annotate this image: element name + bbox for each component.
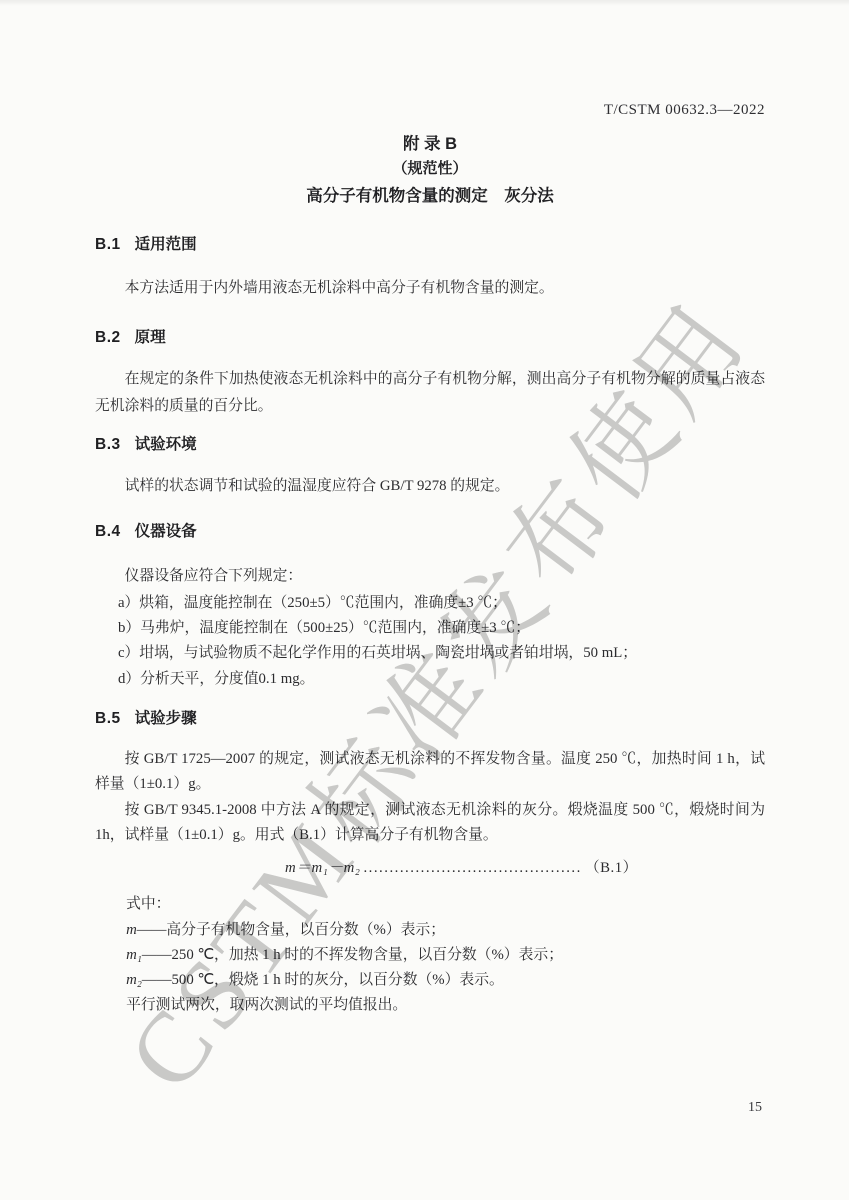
symbol-m1: m₁ — [126, 947, 142, 963]
formula-expression: m＝m₁－m₂ — [285, 860, 360, 876]
list-item-c: c）坩埚，与试验物质不起化学作用的石英坩埚、陶瓷坩埚或者铂坩埚，50 mL； — [95, 641, 765, 666]
symbol-m2-desc: ——500 ℃，煅烧 1 h 时的灰分，以百分数（%）表示。 — [142, 972, 504, 988]
symbol-m2: m₂ — [126, 972, 142, 988]
section-heading-b4: B.4仪器设备 — [95, 521, 765, 543]
symbol-m: m — [126, 922, 137, 938]
paragraph-principle: 在规定的条件下加热使液态无机涂料中的高分子有机物分解，测出高分子有机物分解的质量… — [95, 366, 765, 420]
section-heading-b2: B.2原理 — [95, 327, 765, 349]
section-heading-b5: B.5试验步骤 — [95, 708, 765, 730]
where-item-m1: m₁——250 ℃，加热 1 h 时的不挥发物含量，以百分数（%）表示； — [95, 943, 765, 968]
list-item-b: b）马弗炉，温度能控制在（500±25）℃范围内，准确度±3 ℃； — [95, 616, 765, 641]
section-title: 原理 — [135, 329, 166, 346]
list-item-a: a）烘箱，温度能控制在（250±5）℃范围内，准确度±3 ℃； — [95, 591, 765, 616]
appendix-title-block: 附 录 B （规范性） 高分子有机物含量的测定 灰分法 — [95, 132, 765, 208]
section-id: B.1 — [95, 236, 121, 253]
equipment-list: a）烘箱，温度能控制在（250±5）℃范围内，准确度±3 ℃； b）马弗炉，温度… — [95, 591, 765, 692]
section-title: 适用范围 — [135, 236, 197, 253]
paragraph-procedure-1: 按 GB/T 1725—2007 的规定，测试液态无机涂料的不挥发物含量。温度 … — [95, 747, 765, 798]
symbol-m-desc: ——高分子有机物含量，以百分数（%）表示； — [137, 922, 445, 938]
paragraph-closing: 平行测试两次，取两次测试的平均值报出。 — [95, 993, 765, 1018]
section-id: B.3 — [95, 436, 121, 453]
where-item-m: m——高分子有机物含量，以百分数（%）表示； — [95, 918, 765, 943]
page-number: 15 — [748, 1100, 762, 1116]
paragraph-scope: 本方法适用于内外墙用液态无机涂料中高分子有机物含量的测定。 — [95, 276, 765, 301]
section-heading-b1: B.1适用范围 — [95, 234, 765, 256]
symbol-m1-desc: ——250 ℃，加热 1 h 时的不挥发物含量，以百分数（%）表示； — [142, 947, 563, 963]
where-label: 式中： — [95, 892, 765, 917]
document-page: T/CSTM 00632.3—2022 附 录 B （规范性） 高分子有机物含量… — [0, 0, 849, 1200]
section-title: 试验步骤 — [135, 710, 197, 727]
paragraph-equipment-intro: 仪器设备应符合下列规定： — [95, 564, 765, 589]
paragraph-environment: 试样的状态调节和试验的温湿度应符合 GB/T 9278 的规定。 — [95, 474, 765, 499]
section-title: 试验环境 — [135, 436, 197, 453]
section-id: B.2 — [95, 329, 121, 346]
page-content: T/CSTM 00632.3—2022 附 录 B （规范性） 高分子有机物含量… — [95, 0, 765, 1019]
appendix-title: 附 录 B — [95, 132, 765, 156]
doc-number: T/CSTM 00632.3—2022 — [95, 100, 765, 120]
section-id: B.5 — [95, 710, 121, 727]
formula-number: （B.1） — [585, 860, 638, 876]
formula: m＝m₁－m₂.................................… — [95, 857, 765, 879]
formula-dots: ........................................… — [363, 860, 581, 876]
section-id: B.4 — [95, 523, 121, 540]
section-heading-b3: B.3试验环境 — [95, 434, 765, 456]
list-item-d: d）分析天平，分度值0.1 mg。 — [95, 667, 765, 692]
paragraph-procedure-2: 按 GB/T 9345.1-2008 中方法 A 的规定，测试液态无机涂料的灰分… — [95, 798, 765, 849]
section-title: 仪器设备 — [135, 523, 197, 540]
appendix-normative-label: （规范性） — [95, 158, 765, 180]
where-item-m2: m₂——500 ℃，煅烧 1 h 时的灰分，以百分数（%）表示。 — [95, 968, 765, 993]
appendix-subject: 高分子有机物含量的测定 灰分法 — [95, 184, 765, 208]
